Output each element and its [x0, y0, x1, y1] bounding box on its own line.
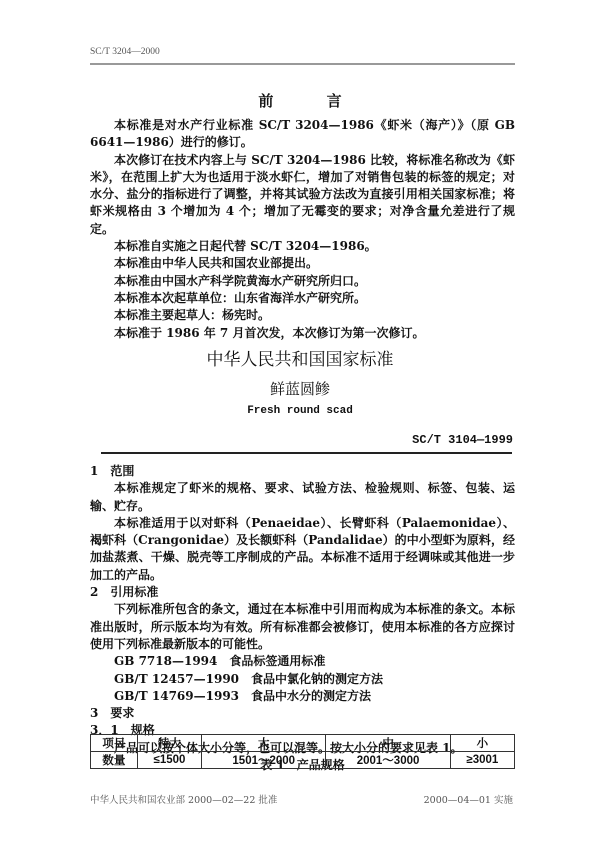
standard-code: SC/T 3104—1999 — [412, 433, 513, 447]
standard-name-cn: 鲜蓝圆鲹 — [0, 378, 600, 399]
reference-item: GB/T 14769—1993 食品中水分的测定方法 — [90, 688, 515, 705]
spec-table: 项目 特大 大 中 小 数量 ≤1500 1501～2000 2001～3000… — [90, 734, 515, 769]
preface-paragraph: 本标准由中国水产科学院黄海水产研究所归口。 — [90, 273, 515, 290]
body-paragraph: 下列标准所包含的条文，通过在本标准中引用而构成为本标准的条文。本标准出版时，所示… — [90, 601, 515, 653]
table-header-row: 项目 特大 大 中 小 — [91, 735, 515, 752]
body-paragraph: 本标准适用于以对虾科（Penaeidae）、长臂虾科（Palaemonidae）… — [90, 515, 515, 584]
standard-rule — [101, 452, 512, 454]
table-header-cell: 小 — [450, 735, 514, 752]
section-heading-references: 2 引用标准 — [90, 584, 515, 601]
table-cell: 数量 — [91, 752, 138, 769]
preface-title: 前 言 — [0, 90, 600, 111]
preface-paragraph: 本标准本次起草单位：山东省海洋水产研究所。 — [90, 290, 515, 307]
body-paragraph: 本标准规定了虾米的规格、要求、试验方法、检验规则、标签、包装、运输、贮存。 — [90, 480, 515, 515]
preface-paragraph: 本标准是对水产行业标准 SC/T 3204—1986《虾米（海产）》（原 GB … — [90, 117, 515, 152]
table-row: 数量 ≤1500 1501～2000 2001～3000 ≥3001 — [91, 752, 515, 769]
preface-paragraph: 本标准主要起草人：杨宪时。 — [90, 307, 515, 324]
table-header-cell: 特大 — [137, 735, 201, 752]
table-cell: ≥3001 — [450, 752, 514, 769]
section-heading-requirements: 3 要求 — [90, 705, 515, 722]
table-header-cell: 大 — [202, 735, 326, 752]
footer-implementation: 2000—04—01 实施 — [424, 792, 513, 806]
standard-name-en: Fresh round scad — [0, 405, 600, 417]
page-header-code: SC/T 3204—2000 — [90, 47, 160, 57]
preface-paragraph: 本标准于 1986 年 7 月首次发，本次修订为第一次修订。 — [90, 325, 515, 342]
preface-paragraph: 本标准自实施之日起代替 SC/T 3204—1986。 — [90, 238, 515, 255]
table-cell: 2001～3000 — [326, 752, 450, 769]
section-heading-scope: 1 范围 — [90, 463, 515, 480]
reference-item: GB/T 12457—1990 食品中氯化钠的测定方法 — [90, 671, 515, 688]
table-header-cell: 中 — [326, 735, 450, 752]
table-cell: 1501～2000 — [202, 752, 326, 769]
table-header-cell: 项目 — [91, 735, 138, 752]
preface-body: 本标准是对水产行业标准 SC/T 3204—1986《虾米（海产）》（原 GB … — [90, 117, 515, 342]
standard-body: 1 范围 本标准规定了虾米的规格、要求、试验方法、检验规则、标签、包装、运输、贮… — [90, 463, 515, 774]
footer-approval: 中华人民共和国农业部 2000—02—22 批准 — [90, 792, 277, 806]
preface-paragraph: 本标准由中华人民共和国农业部提出。 — [90, 255, 515, 272]
standard-title: 中华人民共和国国家标准 — [0, 345, 600, 370]
preface-paragraph: 本次修订在技术内容上与 SC/T 3204—1986 比较，将标准名称改为《虾米… — [90, 152, 515, 238]
header-rule — [90, 63, 515, 65]
table-cell: ≤1500 — [137, 752, 201, 769]
reference-item: GB 7718—1994 食品标签通用标准 — [90, 653, 515, 670]
